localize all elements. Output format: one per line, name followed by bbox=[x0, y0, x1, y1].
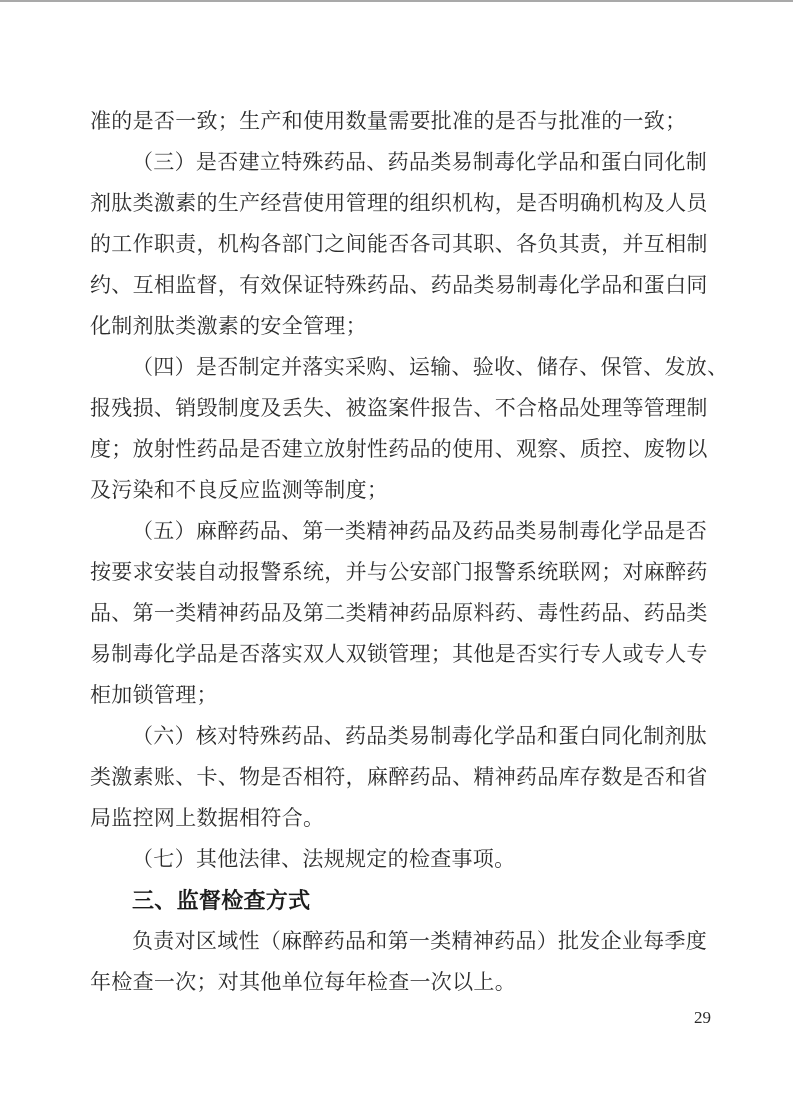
text-line: （五）麻醉药品、第一类精神药品及药品类易制毒化学品是否 bbox=[90, 511, 705, 552]
scan-edge-artifact bbox=[0, 0, 793, 2]
text-line: 易制毒化学品是否落实双人双锁管理；其他是否实行专人或专人专 bbox=[90, 634, 705, 675]
document-page: 准的是否一致；生产和使用数量需要批准的是否与批准的一致；（三）是否建立特殊药品、… bbox=[0, 0, 793, 1096]
text-line: 约、互相监督，有效保证特殊药品、药品类易制毒化学品和蛋白同 bbox=[90, 265, 705, 306]
text-line: （四）是否制定并落实采购、运输、验收、储存、保管、发放、 bbox=[90, 347, 705, 388]
text-line: 报残损、销毁制度及丢失、被盗案件报告、不合格品处理等管理制 bbox=[90, 388, 705, 429]
text-line: 按要求安装自动报警系统，并与公安部门报警系统联网；对麻醉药 bbox=[90, 552, 705, 593]
text-line: 准的是否一致；生产和使用数量需要批准的是否与批准的一致； bbox=[90, 101, 705, 142]
text-line: （六）核对特殊药品、药品类易制毒化学品和蛋白同化制剂肽 bbox=[90, 716, 705, 757]
text-line: （七）其他法律、法规规定的检查事项。 bbox=[90, 839, 705, 880]
text-line: 柜加锁管理； bbox=[90, 675, 705, 716]
text-line: 年检查一次；对其他单位每年检查一次以上。 bbox=[90, 962, 705, 1003]
text-line: 化制剂肽类激素的安全管理； bbox=[90, 306, 705, 347]
page-number: 29 bbox=[694, 1008, 711, 1028]
text-line: 局监控网上数据相符合。 bbox=[90, 798, 705, 839]
document-body: 准的是否一致；生产和使用数量需要批准的是否与批准的一致；（三）是否建立特殊药品、… bbox=[90, 101, 705, 1003]
section-heading: 三、监督检查方式 bbox=[90, 880, 705, 921]
text-line: 的工作职责，机构各部门之间能否各司其职、各负其责，并互相制 bbox=[90, 224, 705, 265]
text-line: 类激素账、卡、物是否相符，麻醉药品、精神药品库存数是否和省 bbox=[90, 757, 705, 798]
text-line: 剂肽类激素的生产经营使用管理的组织机构，是否明确机构及人员 bbox=[90, 183, 705, 224]
text-line: 及污染和不良反应监测等制度； bbox=[90, 470, 705, 511]
text-line: 度；放射性药品是否建立放射性药品的使用、观察、质控、废物以 bbox=[90, 429, 705, 470]
text-line: 品、第一类精神药品及第二类精神药品原料药、毒性药品、药品类 bbox=[90, 593, 705, 634]
text-line: 负责对区域性（麻醉药品和第一类精神药品）批发企业每季度 bbox=[90, 921, 705, 962]
text-line: （三）是否建立特殊药品、药品类易制毒化学品和蛋白同化制 bbox=[90, 142, 705, 183]
